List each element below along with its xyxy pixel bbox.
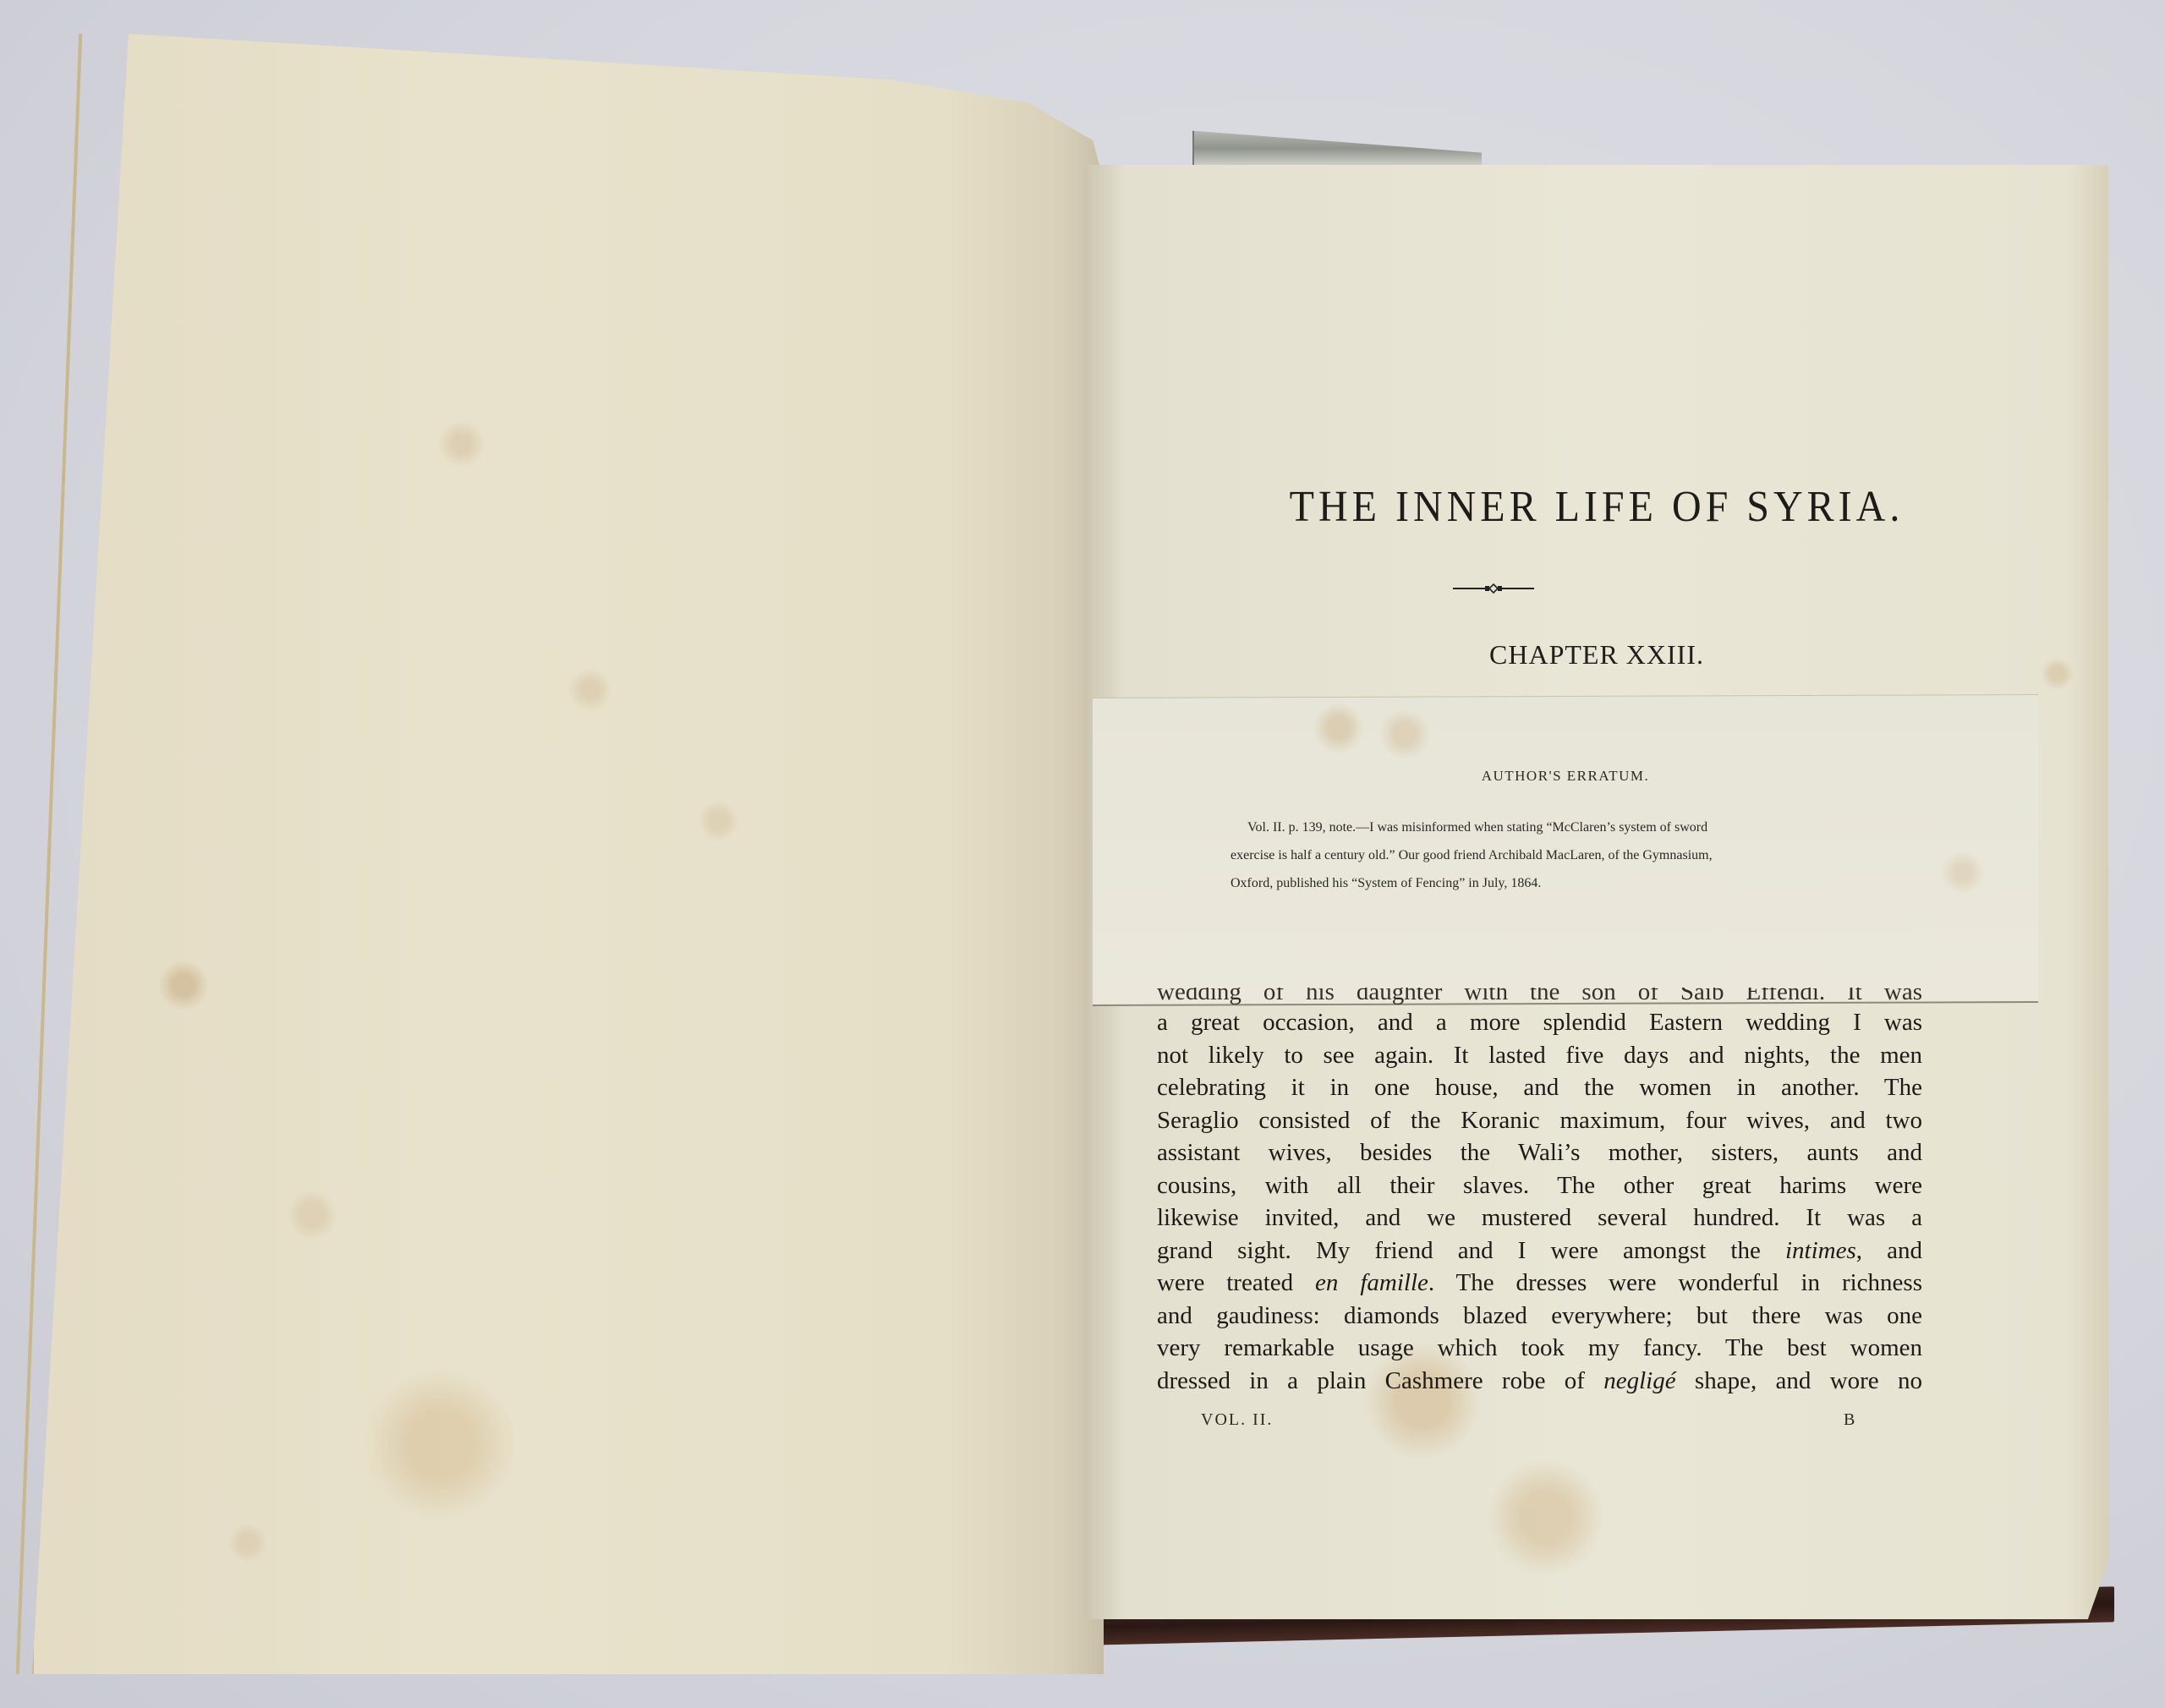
running-title: THE INNER LIFE OF SYRIA. [1085,482,2108,532]
signature-mark: B [1844,1410,1855,1430]
erratum-heading: AUTHOR'S ERRATUM. [1093,768,2038,785]
erratum-line: Oxford, published his “System of Fencing… [1230,869,1861,897]
left-page [32,34,1104,1674]
body-line: Seraglio consisted of the Koranic maximu… [1157,1104,1922,1137]
body-line: assistant wives, besides the Wali’s moth… [1157,1136,1922,1169]
body-line: celebrating it in one house, and the wom… [1157,1071,1922,1104]
body-line: grand sight. My friend and I were amongs… [1157,1234,1922,1267]
body-line: very remarkable usage which took my fanc… [1157,1332,1922,1365]
volume-footer: VOL. II. [1201,1410,1273,1430]
body-line: were treated en famille. The dresses wer… [1157,1267,1922,1300]
erratum-text: Vol. II. p. 139, note.—I was misinformed… [1230,813,1861,897]
body-line-partially-hidden: wedding of his daughter with the son of … [1157,988,1922,1006]
erratum-line: exercise is half a century old.” Our goo… [1230,841,1861,869]
body-line: cousins, with all their slaves. The othe… [1157,1169,1922,1202]
body-line: and gaudiness: diamonds blazed everywher… [1157,1300,1922,1333]
body-line: not likely to see again. It lasted five … [1157,1039,1922,1072]
body-line: a great occasion, and a more splendid Ea… [1157,1006,1922,1039]
ornament-rule-icon [1453,583,1534,594]
erratum-line: Vol. II. p. 139, note.—I was misinformed… [1230,813,1861,841]
body-text: wedding of his daughter with the son of … [1157,988,1922,1397]
chapter-heading: CHAPTER XXIII. [1085,639,2108,671]
body-line: likewise invited, and we mustered severa… [1157,1202,1922,1234]
body-line: dressed in a plain Cashmere robe of negl… [1157,1365,1922,1398]
